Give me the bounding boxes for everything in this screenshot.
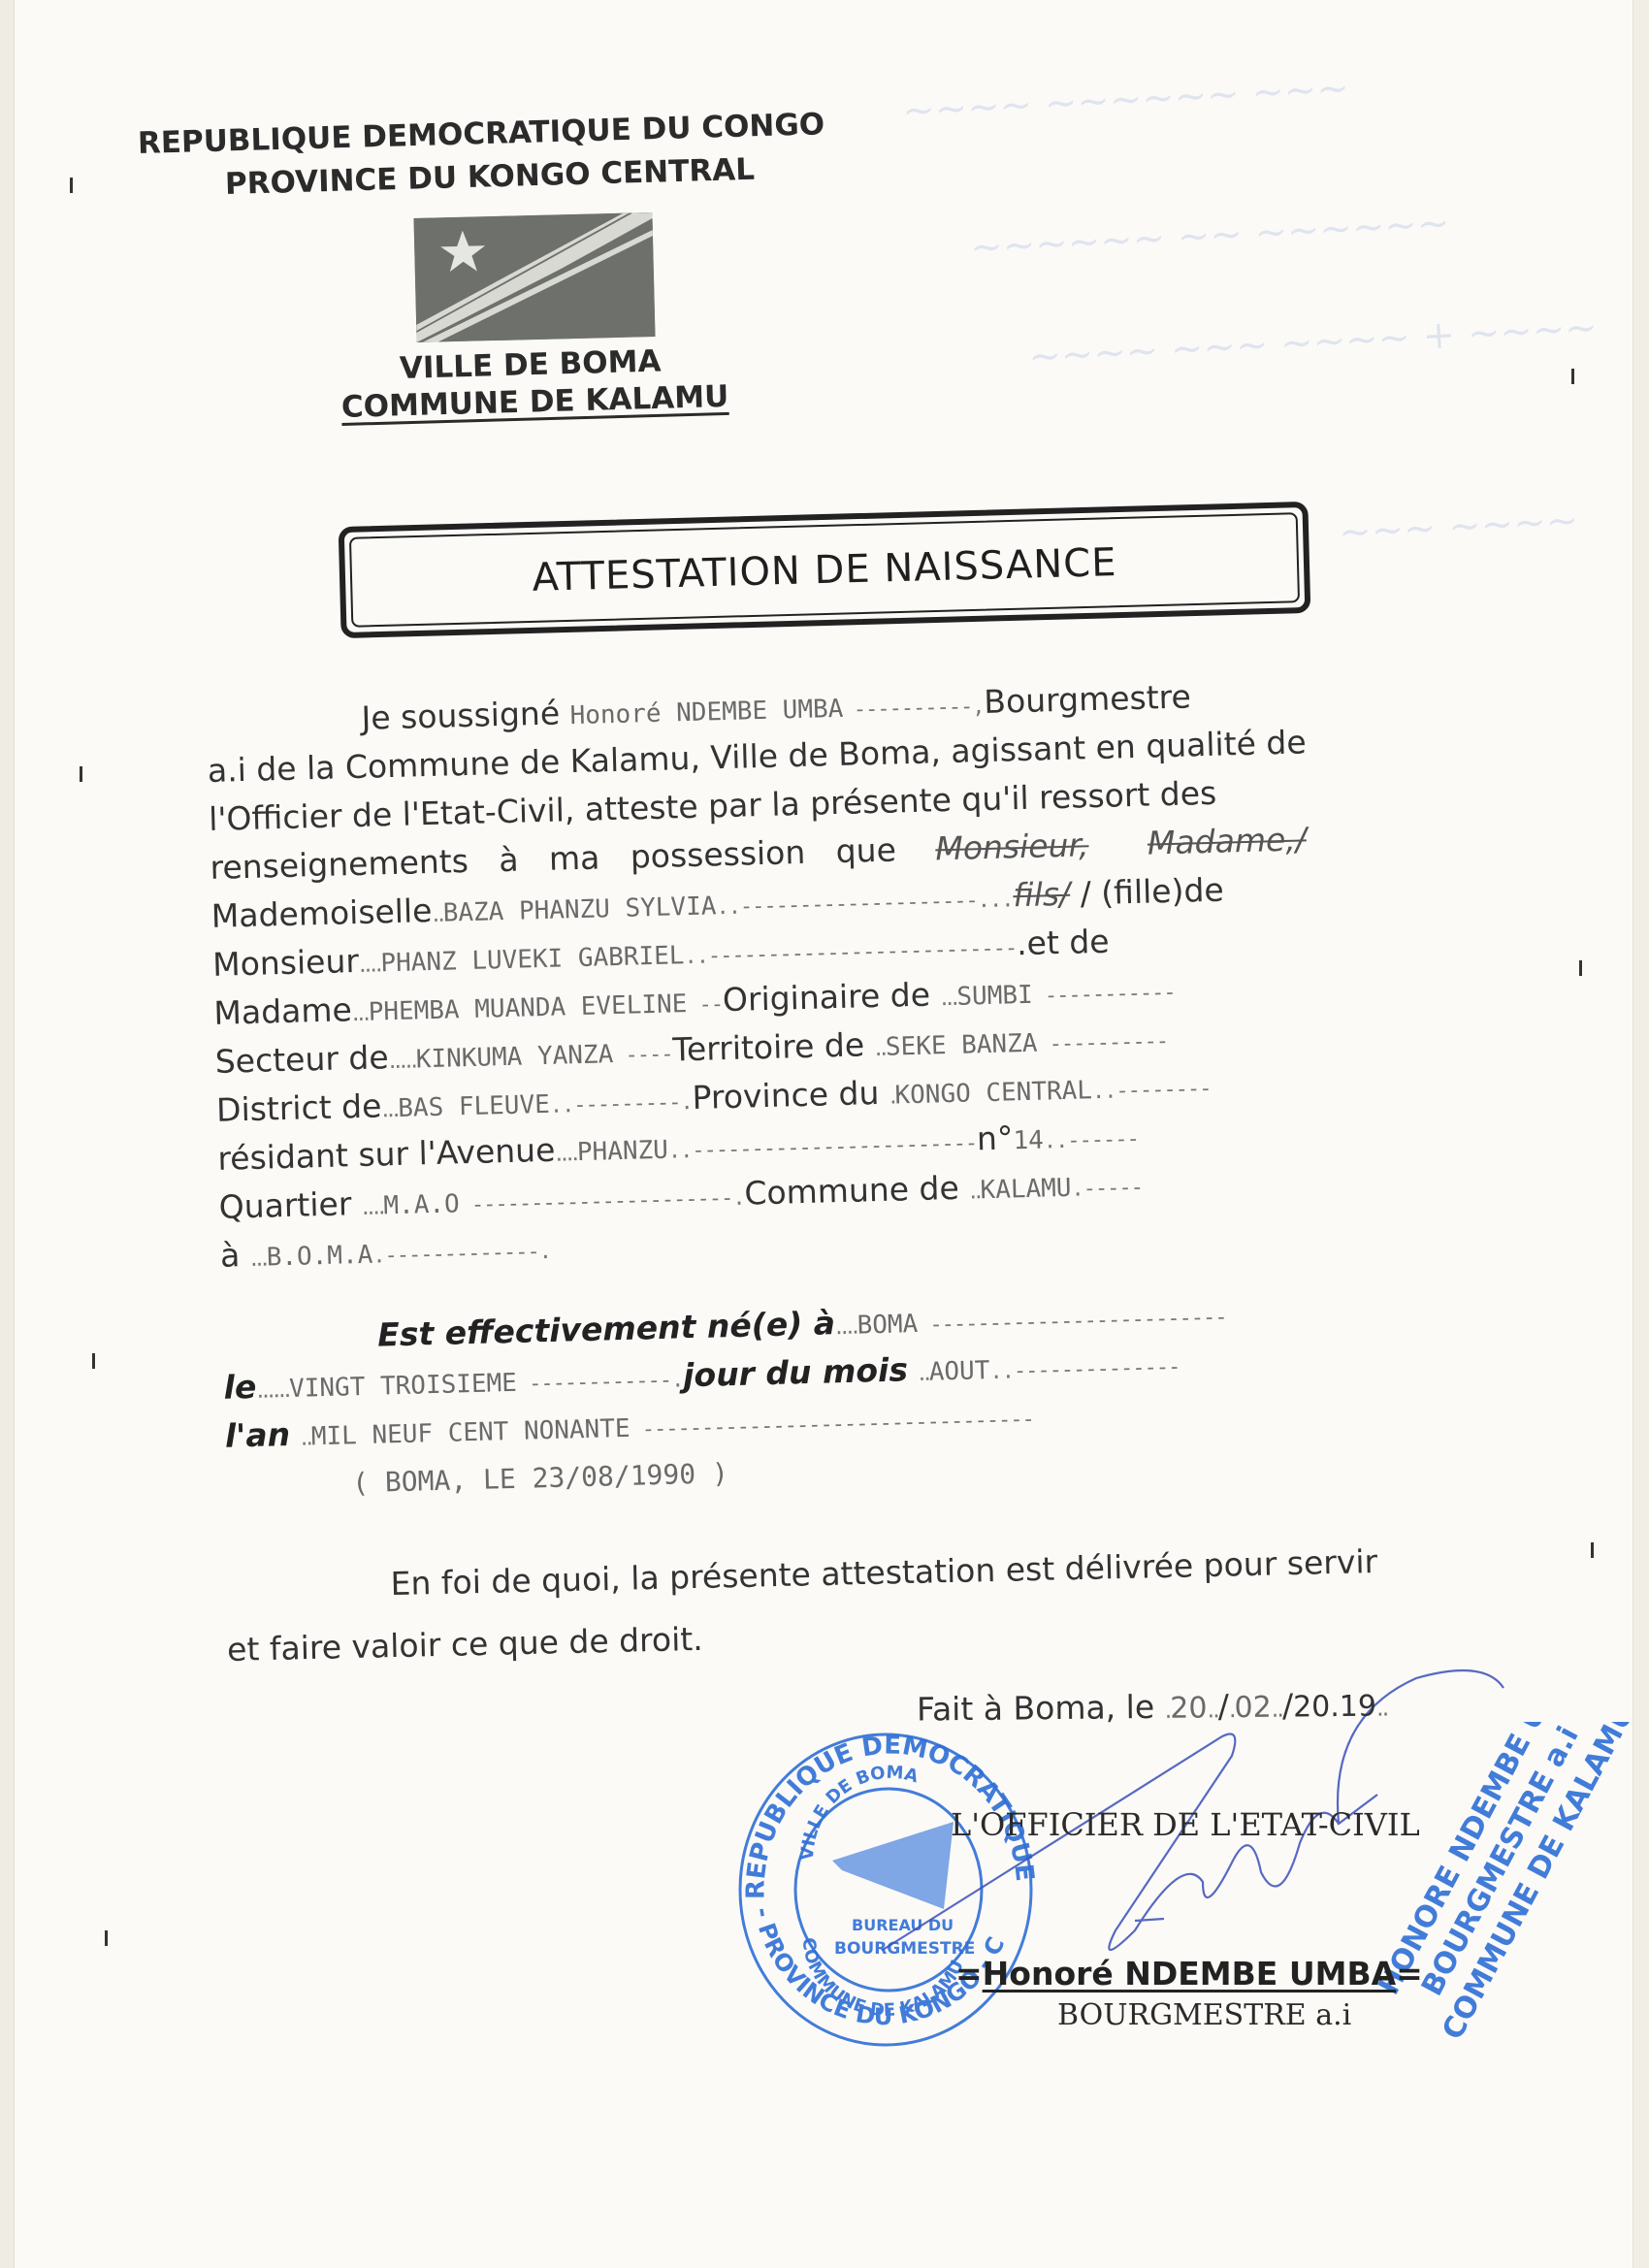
- province: KONGO CENTRAL: [894, 1076, 1092, 1110]
- issue-month: 02: [1234, 1691, 1272, 1725]
- territoire: SEKE BANZA: [886, 1029, 1038, 1062]
- document-title-box: ATTESTATION DE NAISSANCE: [339, 502, 1311, 638]
- drc-flag-icon: [413, 212, 655, 342]
- birth-date-summary: ( BOMA, LE 23/08/1990 ): [352, 1457, 728, 1499]
- signatory-name-text: Honoré NDEMBE UMBA: [983, 1955, 1397, 1993]
- paper-edge-left: [0, 0, 15, 2268]
- header-city: VILLE DE BOMA: [399, 343, 661, 386]
- birth-place: BOMA: [857, 1310, 918, 1341]
- svg-text:BUREAU DU: BUREAU DU: [852, 1916, 954, 1934]
- mother-name: PHEMBA MUANDA EVELINE: [368, 989, 687, 1027]
- birth-day: VINGT TROISIEME: [289, 1369, 518, 1404]
- official-seal-stamp-icon: REPUBLIQUE DEMOCRATIQUE DU CONGO - PROVI…: [726, 1715, 1046, 2055]
- paper-edge-right: [1633, 0, 1649, 2268]
- bleed-through-handwriting: ~~~ ~~~~: [1338, 499, 1579, 556]
- ville: B.O.M.A: [266, 1241, 372, 1273]
- issue-date-line: Fait à Boma, le .20../.02../20.19..: [917, 1685, 1388, 1728]
- label-district: District de: [216, 1086, 382, 1128]
- bleed-through-handwriting: ~~~~~~ ~~ ~~~~~~: [969, 201, 1450, 271]
- father-name: PHANZ LUVEKI GABRIEL: [380, 941, 685, 978]
- attestation-body: Je soussigné Honoré NDEMBE UMBA --------…: [206, 665, 1487, 1509]
- issue-day: 20: [1170, 1691, 1208, 1725]
- label-fait-a-boma: Fait à Boma, le: [917, 1688, 1155, 1729]
- label-territoire: Territoire de: [672, 1025, 865, 1068]
- origin: SUMBI: [956, 981, 1033, 1012]
- filler: ----------,: [854, 695, 985, 723]
- label-bourgmestre: Bourgmestre: [984, 677, 1191, 721]
- label-jour-du-mois: jour du mois: [683, 1350, 909, 1394]
- label-avenue: résidant sur l'Avenue: [217, 1131, 556, 1178]
- svg-text:BOURGMESTRE: BOURGMESTRE: [834, 1939, 975, 1959]
- struck-madame: Madame,/: [1147, 820, 1307, 861]
- label-le: le: [223, 1368, 257, 1407]
- margin-mark: [1579, 960, 1582, 976]
- margin-mark: [80, 766, 82, 782]
- child-name: BAZA PHANZU SYLVIA: [442, 891, 716, 927]
- secteur: KINKUMA YANZA: [415, 1040, 613, 1074]
- label-et-de: .et de: [1017, 923, 1110, 962]
- margin-mark: [70, 178, 73, 193]
- officer-title: L'OFFICIER DE L'ETAT-CIVIL: [951, 1806, 1420, 1843]
- birth-month: AOUT: [928, 1356, 989, 1387]
- bourgmestre-stamp-icon: HONORE NDEMBE UMBA BOURGMESTRE a.i COMMU…: [1339, 1722, 1630, 2081]
- label-a: à: [220, 1236, 241, 1275]
- margin-mark: [1571, 369, 1574, 384]
- struck-monsieur: Monsieur,: [935, 826, 1089, 867]
- struck-fils: fils/: [1013, 875, 1071, 915]
- birth-year: MIL NEUF CENT NONANTE: [311, 1414, 630, 1452]
- bleed-through-handwriting: ~~~~ ~~~ ~~~~ + ~~~~: [1027, 306, 1599, 380]
- label-mademoiselle: Mademoiselle: [210, 891, 433, 935]
- document-title: ATTESTATION DE NAISSANCE: [532, 540, 1117, 600]
- margin-mark: [92, 1353, 95, 1369]
- label-je-soussigne: Je soussigné: [361, 694, 560, 736]
- label-commune: Commune de: [744, 1169, 959, 1213]
- margin-mark: [105, 1930, 108, 1946]
- label-monsieur: Monsieur: [212, 942, 360, 984]
- margin-mark: [1591, 1542, 1594, 1558]
- district: BAS FLEUVE: [398, 1090, 550, 1123]
- label-l-an: l'an: [224, 1415, 290, 1455]
- house-number: 14: [1013, 1126, 1044, 1156]
- label-fille-de: / (fille)de: [1080, 871, 1224, 913]
- label-numero: n°: [976, 1118, 1013, 1157]
- label-secteur: Secteur de: [214, 1038, 389, 1081]
- commune: KALAMU: [980, 1174, 1072, 1205]
- label-quartier: Quartier: [218, 1184, 352, 1226]
- header-province: PROVINCE DU KONGO CENTRAL: [224, 152, 755, 202]
- avenue: PHANZU: [577, 1136, 669, 1167]
- label-madame: Madame: [213, 990, 352, 1032]
- signatory-role: BOURGMESTRE a.i: [1057, 1998, 1351, 2032]
- label-province: Province du: [692, 1074, 880, 1117]
- closing-paragraph: En foi de quoi, la présente attestation …: [225, 1528, 1508, 1681]
- signatory-name: =Honoré NDEMBE UMBA=: [955, 1955, 1423, 1993]
- label-originaire: Originaire de: [722, 976, 930, 1020]
- official-name: Honoré NDEMBE UMBA: [569, 695, 843, 730]
- issue-year: 20.19: [1293, 1690, 1376, 1725]
- quartier: M.A.O: [383, 1189, 460, 1220]
- bleed-through-handwriting: ~~~~ ~~~~~~ ~~~: [901, 66, 1350, 134]
- label-born-at: Est effectivement né(e) à: [377, 1304, 836, 1353]
